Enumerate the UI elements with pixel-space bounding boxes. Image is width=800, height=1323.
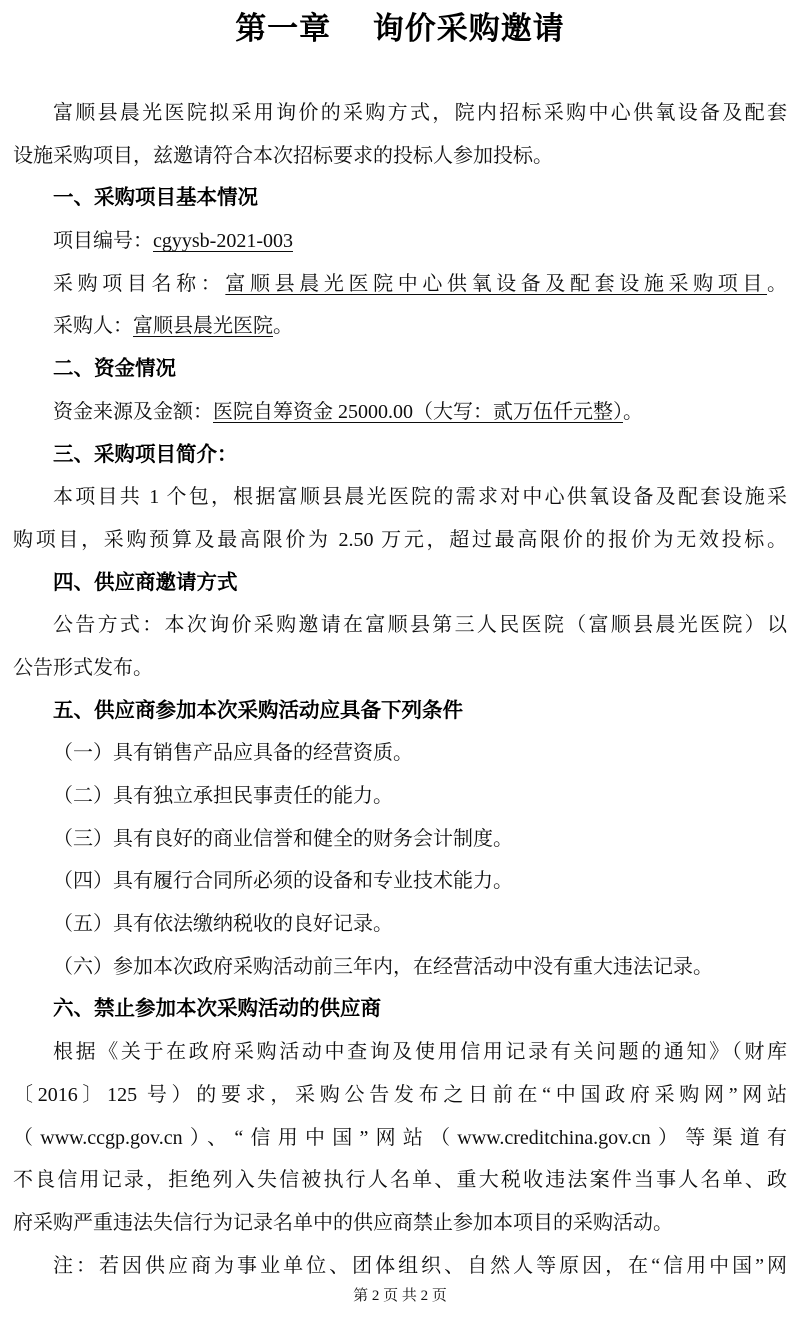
section-heading-5: 五、供应商参加本次采购活动应具备下列条件 <box>13 690 787 733</box>
text-segment: （四）具有履行合同所必须的设备和专业技术能力。 <box>53 870 513 892</box>
announce-para-line-2: 公告形式发布。 <box>13 647 787 690</box>
document-lines: 富顺县晨光医院拟采用询价的采购方式，院内招标采购中心供氧设备及配套设施采购项目，… <box>13 92 787 1287</box>
funding-line: 资金来源及金额：医院自筹资金 25000.00（大写：贰万伍仟元整）。 <box>13 391 787 434</box>
text-segment: 采购人： <box>53 315 133 337</box>
text-segment: 设施采购项目，兹邀请符合本次招标要求的投标人参加投标。 <box>13 145 553 167</box>
condition-item-4: （四）具有履行合同所必须的设备和专业技术能力。 <box>13 860 787 903</box>
condition-item-3: （三）具有良好的商业信誉和健全的财务会计制度。 <box>13 818 787 861</box>
text-segment: 公告形式发布。 <box>13 657 153 679</box>
project-name-line: 采购项目名称：富顺县晨光医院中心供氧设备及配套设施采购项目。 <box>13 263 787 306</box>
underlined-value: cgyysb-2021-003 <box>153 230 293 252</box>
underlined-value: 富顺县晨光医院 <box>133 315 273 337</box>
text-segment: （六）参加本次政府采购活动前三年内，在经营活动中没有重大违法记录。 <box>53 956 713 978</box>
text-segment: 。 <box>767 273 787 295</box>
underlined-value: 富顺县晨光医院中心供氧设备及配套设施采购项目 <box>225 273 767 295</box>
text-segment: 资金来源及金额： <box>53 401 213 423</box>
section-heading-4: 四、供应商邀请方式 <box>13 562 787 605</box>
brief-para-line-1: 本项目共 1 个包，根据富顺县晨光医院的需求对中心供氧设备及配套设施采 <box>13 476 787 519</box>
text-segment: （二）具有独立承担民事责任的能力。 <box>53 785 393 807</box>
section-heading-6: 六、禁止参加本次采购活动的供应商 <box>13 988 787 1031</box>
credit-para-line-5: 府采购严重违法失信行为记录名单中的供应商禁止参加本项目的采购活动。 <box>13 1202 787 1245</box>
text-segment: 富顺县晨光医院拟采用询价的采购方式，院内招标采购中心供氧设备及配套 <box>53 102 787 124</box>
brief-para-line-2: 购项目，采购预算及最高限价为 2.50 万元，超过最高限价的报价为无效投标。 <box>13 519 787 562</box>
text-segment: 购项目，采购预算及最高限价为 2.50 万元，超过最高限价的报价为无效投标。 <box>13 529 787 551</box>
intro-para-line-1: 富顺县晨光医院拟采用询价的采购方式，院内招标采购中心供氧设备及配套 <box>13 92 787 135</box>
document-page: 第一章 询价采购邀请 富顺县晨光医院拟采用询价的采购方式，院内招标采购中心供氧设… <box>0 8 800 1305</box>
condition-item-6: （六）参加本次政府采购活动前三年内，在经营活动中没有重大违法记录。 <box>13 946 787 989</box>
underlined-value: 医院自筹资金 25000.00（大写：贰万伍仟元整） <box>213 401 623 423</box>
text-segment: 不良信用记录，拒绝列入失信被执行人名单、重大税收违法案件当事人名单、政 <box>13 1169 787 1191</box>
text-segment: （五）具有依法缴纳税收的良好记录。 <box>53 913 393 935</box>
text-segment: 六、禁止参加本次采购活动的供应商 <box>53 997 381 1020</box>
section-heading-3: 三、采购项目简介： <box>13 434 787 477</box>
purchaser-line: 采购人：富顺县晨光医院。 <box>13 305 787 348</box>
text-segment: 采购项目名称： <box>53 273 225 295</box>
text-segment: 。 <box>273 315 293 337</box>
text-segment: 本项目共 1 个包，根据富顺县晨光医院的需求对中心供氧设备及配套设施采 <box>53 486 787 508</box>
section-heading-1: 一、采购项目基本情况 <box>13 177 787 220</box>
text-segment: 注：若因供应商为事业单位、团体组织、自然人等原因，在“信用中国”网 <box>53 1255 787 1277</box>
text-segment: （www.ccgp.gov.cn）、“信用中国”网站（www.creditchi… <box>13 1127 787 1149</box>
page-number-footer: 第 2 页 共 2 页 <box>13 1287 787 1305</box>
text-segment: 根据《关于在政府采购活动中查询及使用信用记录有关问题的通知》（财库 <box>53 1041 787 1063</box>
credit-para-line-3: （www.ccgp.gov.cn）、“信用中国”网站（www.creditchi… <box>13 1117 787 1160</box>
text-segment: 四、供应商邀请方式 <box>53 571 238 594</box>
condition-item-5: （五）具有依法缴纳税收的良好记录。 <box>13 903 787 946</box>
condition-item-2: （二）具有独立承担民事责任的能力。 <box>13 775 787 818</box>
credit-para-line-4: 不良信用记录，拒绝列入失信被执行人名单、重大税收违法案件当事人名单、政 <box>13 1159 787 1202</box>
text-segment: 五、供应商参加本次采购活动应具备下列条件 <box>53 699 463 722</box>
text-segment: 三、采购项目简介： <box>53 443 238 466</box>
credit-para-line-1: 根据《关于在政府采购活动中查询及使用信用记录有关问题的通知》（财库 <box>13 1031 787 1074</box>
announce-para-line-1: 公告方式：本次询价采购邀请在富顺县第三人民医院（富顺县晨光医院）以 <box>13 604 787 647</box>
document-title: 第一章 询价采购邀请 <box>13 8 787 50</box>
credit-para-line-2: 〔2016〕125 号）的要求，采购公告发布之日前在“中国政府采购网”网站 <box>13 1074 787 1117</box>
text-segment: 〔2016〕125 号）的要求，采购公告发布之日前在“中国政府采购网”网站 <box>13 1084 787 1106</box>
text-segment: 二、资金情况 <box>53 357 176 380</box>
intro-para-line-2: 设施采购项目，兹邀请符合本次招标要求的投标人参加投标。 <box>13 135 787 178</box>
section-heading-2: 二、资金情况 <box>13 348 787 391</box>
text-segment: 。 <box>623 401 643 423</box>
text-segment: 府采购严重违法失信行为记录名单中的供应商禁止参加本项目的采购活动。 <box>13 1212 673 1234</box>
text-segment: 一、采购项目基本情况 <box>53 186 258 209</box>
text-segment: （一）具有销售产品应具备的经营资质。 <box>53 742 413 764</box>
note-para-line-1: 注：若因供应商为事业单位、团体组织、自然人等原因，在“信用中国”网 <box>13 1245 787 1288</box>
project-number-line: 项目编号：cgyysb-2021-003 <box>13 220 787 263</box>
condition-item-1: （一）具有销售产品应具备的经营资质。 <box>13 732 787 775</box>
text-segment: 项目编号： <box>53 230 153 252</box>
text-segment: 公告方式：本次询价采购邀请在富顺县第三人民医院（富顺县晨光医院）以 <box>53 614 787 636</box>
text-segment: （三）具有良好的商业信誉和健全的财务会计制度。 <box>53 828 513 850</box>
